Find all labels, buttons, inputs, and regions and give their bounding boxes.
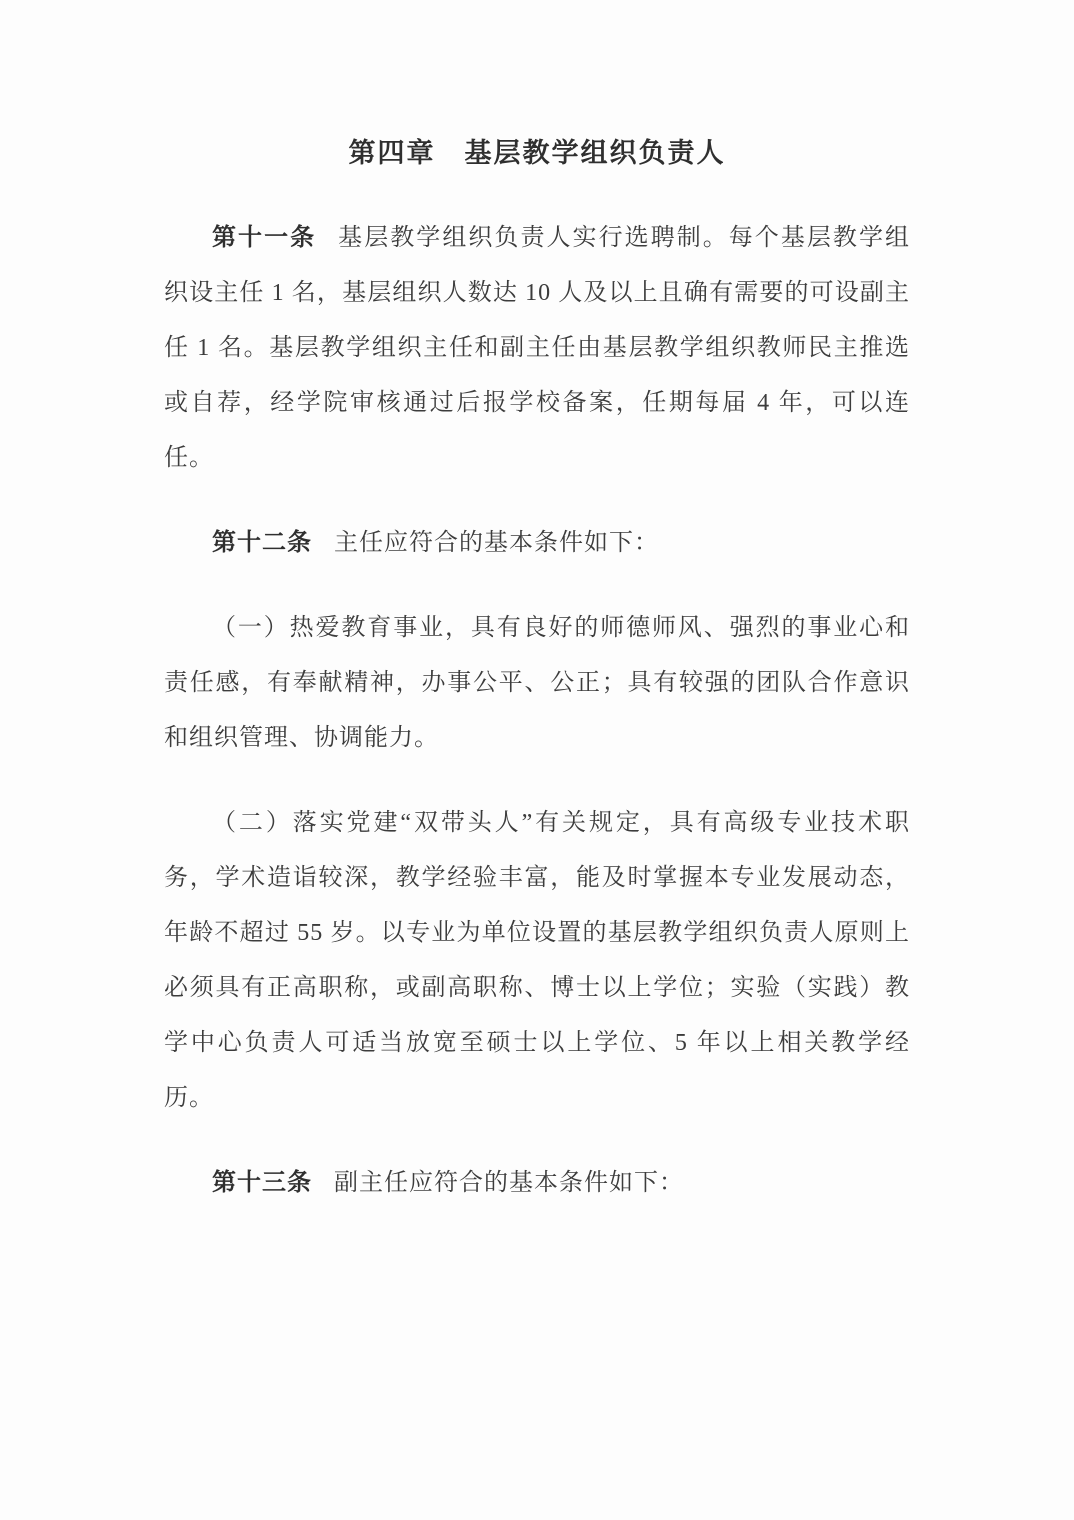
text-line: 任 1 名。基层教学组织主任和副主任由基层教学组织教师民主推选 xyxy=(164,321,910,376)
text-line: 年龄不超过 55 岁。以专业为单位设置的基层教学组织负责人原则上 xyxy=(164,906,910,961)
text-line: 和组织管理、协调能力。 xyxy=(164,711,910,766)
text-line: 任。 xyxy=(164,431,910,486)
article-12-number: 第十二条 xyxy=(212,530,312,556)
article-11-paragraph: 第十一条基层教学组织负责人实行选聘制。每个基层教学组 织设主任 1 名，基层组织… xyxy=(164,211,910,486)
article-13-paragraph: 第十三条副主任应符合的基本条件如下： xyxy=(164,1156,910,1211)
text-line: （二）落实党建“双带头人”有关规定，具有高级专业技术职 xyxy=(164,796,910,851)
item-2-paragraph: （二）落实党建“双带头人”有关规定，具有高级专业技术职 务，学术造诣较深，教学经… xyxy=(164,796,910,1126)
document-page: 第四章 基层教学组织负责人 第十一条基层教学组织负责人实行选聘制。每个基层教学组… xyxy=(0,0,1074,1520)
text-line: 历。 xyxy=(164,1071,910,1126)
text-line: 必须具有正高职称，或副高职称、博士以上学位；实验（实践）教 xyxy=(164,961,910,1016)
article-11-number: 第十一条 xyxy=(212,225,316,251)
text-line: （一）热爱教育事业，具有良好的师德师风、强烈的事业心和 xyxy=(164,601,910,656)
text-run: 基层教学组织负责人实行选聘制。每个基层教学组 xyxy=(338,225,910,251)
text-line: 责任感，有奉献精神，办事公平、公正；具有较强的团队合作意识 xyxy=(164,656,910,711)
text-run: 主任应符合的基本条件如下： xyxy=(334,530,659,556)
chapter-heading: 第四章 基层教学组织负责人 xyxy=(164,126,910,181)
text-line: 第十三条副主任应符合的基本条件如下： xyxy=(164,1156,910,1211)
text-line: 务，学术造诣较深，教学经验丰富，能及时掌握本专业发展动态， xyxy=(164,851,910,906)
text-line: 第十二条主任应符合的基本条件如下： xyxy=(164,516,910,571)
text-line: 学中心负责人可适当放宽至硕士以上学位、5 年以上相关教学经 xyxy=(164,1016,910,1071)
item-1-paragraph: （一）热爱教育事业，具有良好的师德师风、强烈的事业心和 责任感，有奉献精神，办事… xyxy=(164,601,910,766)
text-line: 织设主任 1 名，基层组织人数达 10 人及以上且确有需要的可设副主 xyxy=(164,266,910,321)
article-13-number: 第十三条 xyxy=(212,1170,312,1196)
article-12-paragraph: 第十二条主任应符合的基本条件如下： xyxy=(164,516,910,571)
text-line: 第十一条基层教学组织负责人实行选聘制。每个基层教学组 xyxy=(164,211,910,266)
text-line: 或自荐，经学院审核通过后报学校备案，任期每届 4 年，可以连 xyxy=(164,376,910,431)
text-run: 副主任应符合的基本条件如下： xyxy=(334,1170,684,1196)
